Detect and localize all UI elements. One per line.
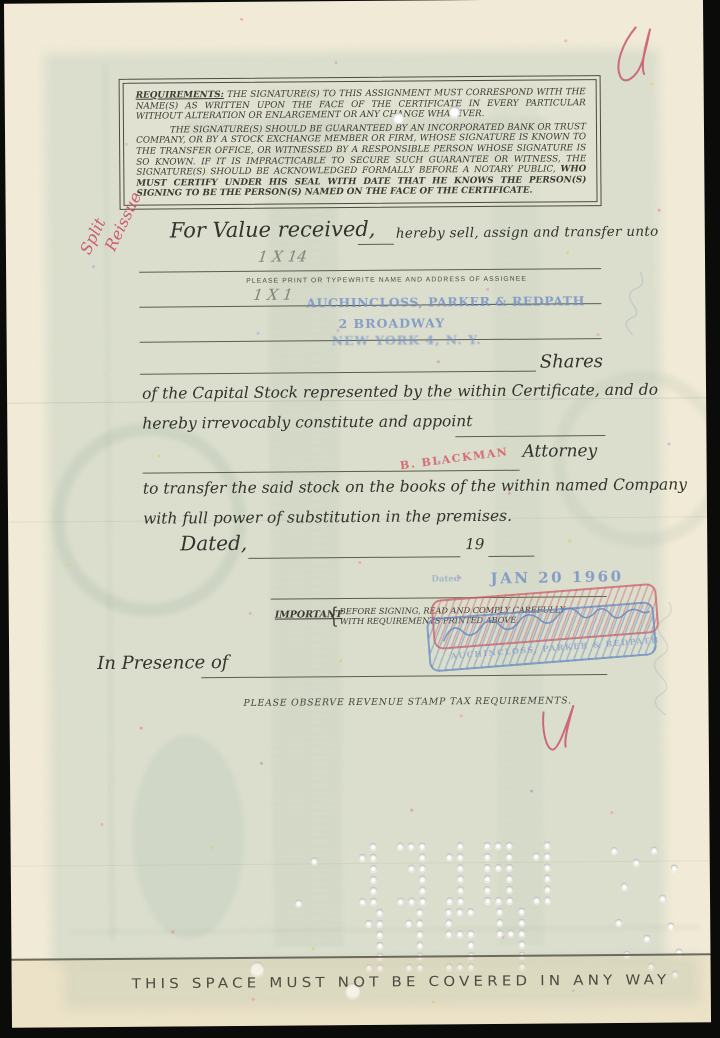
punch-hole <box>445 919 452 926</box>
punch-hole <box>621 883 628 890</box>
punch-hole <box>457 886 464 893</box>
punch-hole <box>457 853 464 860</box>
punch-hole <box>484 864 491 871</box>
punch-hole <box>496 908 503 915</box>
punch-hole <box>416 931 423 938</box>
punch-hole <box>484 853 491 860</box>
punch-hole <box>457 875 464 882</box>
punch-hole <box>544 885 551 892</box>
punch-hole <box>359 854 366 861</box>
punch-hole <box>393 113 404 124</box>
punch-hole <box>467 908 474 915</box>
punch-hole <box>405 920 412 927</box>
punch-hole <box>484 842 491 849</box>
punch-hole <box>496 930 503 937</box>
punch-hole <box>370 887 377 894</box>
punch-hole <box>496 919 503 926</box>
punch-hole <box>446 853 453 860</box>
punch-hole <box>518 930 525 937</box>
punch-hole <box>370 865 377 872</box>
punch-hole <box>456 930 463 937</box>
punch-hole <box>506 842 513 849</box>
punch-hole <box>408 843 415 850</box>
punch-hole <box>445 930 452 937</box>
punch-hole <box>370 876 377 883</box>
punch-hole <box>484 875 491 882</box>
punch-hole <box>457 864 464 871</box>
punch-hole <box>416 941 423 948</box>
punch-hole <box>544 896 551 903</box>
punch-hole <box>518 941 525 948</box>
punch-hole <box>359 898 366 905</box>
punch-hole <box>506 853 513 860</box>
punch-hole <box>495 864 502 871</box>
punch-hole <box>376 909 383 916</box>
punch-hole <box>457 842 464 849</box>
punch-hole <box>651 847 658 854</box>
punch-hole <box>518 908 525 915</box>
punch-hole <box>419 897 426 904</box>
punch-hole <box>533 897 540 904</box>
punch-hole <box>633 859 640 866</box>
punch-hole <box>376 942 383 949</box>
punch-hole <box>659 895 666 902</box>
punch-hole <box>611 847 618 854</box>
punch-hole <box>495 842 502 849</box>
punch-hole <box>467 930 474 937</box>
punch-hole <box>311 857 318 864</box>
punch-hole <box>416 920 423 927</box>
bottom-band <box>11 954 711 1027</box>
punch-hole <box>419 886 426 893</box>
punch-hole <box>467 941 474 948</box>
punch-hole <box>416 909 423 916</box>
punch-hole <box>419 864 426 871</box>
punch-hole <box>544 863 551 870</box>
punch-hole <box>370 843 377 850</box>
punch-hole <box>419 853 426 860</box>
punch-hole <box>643 935 650 942</box>
punch-hole <box>667 923 674 930</box>
punch-hole <box>506 875 513 882</box>
punch-hole <box>397 898 404 905</box>
punch-hole <box>506 864 513 871</box>
punch-hole <box>419 842 426 849</box>
punch-hole <box>446 897 453 904</box>
punch-hole <box>456 908 463 915</box>
punch-hole <box>544 874 551 881</box>
punch-hole <box>408 865 415 872</box>
punch-hole <box>376 931 383 938</box>
punch-hole <box>544 841 551 848</box>
punch-hole <box>449 106 460 117</box>
punch-hole <box>408 898 415 905</box>
punch-hole <box>365 920 372 927</box>
punch-hole <box>518 919 525 926</box>
punch-hole <box>544 852 551 859</box>
punch-hole <box>506 886 513 893</box>
punch-hole <box>533 853 540 860</box>
punch-hole <box>507 930 514 937</box>
punch-hole <box>295 899 302 906</box>
punch-hole <box>370 854 377 861</box>
punch-hole <box>495 897 502 904</box>
punch-hole <box>457 897 464 904</box>
punch-hole <box>671 864 678 871</box>
certificate-back-paper: REQUIREMENTS: THE SIGNATURE(S) TO THIS A… <box>4 0 711 1028</box>
punch-hole <box>484 897 491 904</box>
punch-hole <box>397 843 404 850</box>
punch-hole <box>376 920 383 927</box>
punch-hole <box>484 886 491 893</box>
punch-hole <box>419 875 426 882</box>
punch-hole <box>615 919 622 926</box>
punch-hole <box>445 908 452 915</box>
punch-hole-pattern <box>4 0 711 1028</box>
punch-hole <box>506 897 513 904</box>
punch-hole <box>370 898 377 905</box>
